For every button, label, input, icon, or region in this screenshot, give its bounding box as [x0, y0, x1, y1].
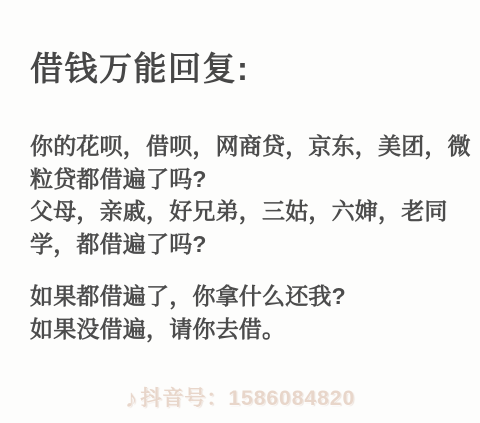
meme-page: 借钱万能回复: 你的花呗，借呗，网商贷，京东，美团，微 粒贷都借遍了吗? 父母，… [0, 0, 480, 423]
body-line: 如果没借遍，请你去借。 [30, 313, 471, 346]
body-line: 你的花呗，借呗，网商贷，京东，美团，微 [30, 130, 471, 163]
watermark-account-number: 1586084820 [228, 387, 355, 410]
body-line: 如果都借遍了，你拿什么还我? [30, 280, 471, 313]
body-text-block: 你的花呗，借呗，网商贷，京东，美团，微 粒贷都借遍了吗? 父母，亲戚，好兄弟，三… [30, 130, 471, 345]
body-line: 父母，亲戚，好兄弟，三姑，六婶，老同 [30, 195, 471, 228]
douyin-music-note-icon: ♪ [125, 385, 139, 413]
paragraph-gap [30, 260, 471, 280]
body-line: 粒贷都借遍了吗? [30, 163, 471, 196]
douyin-watermark: ♪抖音号：1586084820 [0, 384, 480, 414]
page-title: 借钱万能回复: [30, 49, 250, 89]
watermark-label: 抖音号： [140, 387, 228, 410]
body-line: 学，都借遍了吗? [30, 228, 471, 261]
